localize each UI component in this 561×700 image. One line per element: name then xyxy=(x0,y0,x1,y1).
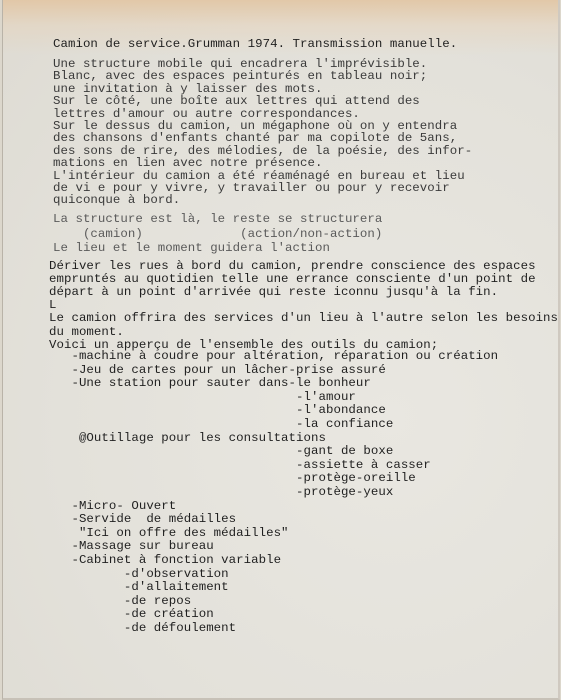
tool-item: -machine à coudre pour altération, répar… xyxy=(49,350,498,363)
document-title: Camion de service.Grumman 1974. Transmis… xyxy=(53,38,457,51)
tool-item: -de défoulement xyxy=(49,622,236,635)
text-line: Dériver les rues à bord du camion, prend… xyxy=(49,260,536,273)
tool-item: -assiette à casser xyxy=(49,459,431,472)
tool-item: -protège-oreille xyxy=(49,472,416,485)
text-line: du moment. xyxy=(49,326,124,339)
tool-item: -gant de boxe xyxy=(49,445,393,458)
text-line: L xyxy=(49,299,57,312)
text-line: La structure est là, le reste se structu… xyxy=(53,213,382,226)
text-line: quiconque à bord. xyxy=(53,194,180,207)
text-line: Le camion offrira des services d'un lieu… xyxy=(49,312,558,325)
tool-item: -l'abondance xyxy=(49,404,386,417)
tool-item: "Ici on offre des médailles" xyxy=(49,527,289,540)
tool-item: -l'amour xyxy=(49,391,356,404)
tool-item: -Jeu de cartes pour un lâcher-prise assu… xyxy=(49,364,386,377)
tool-item: -la confiance xyxy=(49,418,393,431)
tool-item: -Massage sur bureau xyxy=(49,540,214,553)
tool-item: -Micro- Ouvert xyxy=(49,500,176,513)
tool-item: -protège-yeux xyxy=(49,486,393,499)
text-line: (camion) (action/non-action) xyxy=(53,228,382,241)
text-line: départ à un point d'arrivée qui reste ic… xyxy=(49,286,498,299)
text-line: Le lieu et le moment guidera l'action xyxy=(53,242,330,255)
tool-item: -de création xyxy=(49,608,214,621)
tool-item: -Cabinet à fonction variable xyxy=(49,554,281,567)
tool-item: -d'observation xyxy=(49,568,229,581)
text-line: empruntés au quotidien telle une errance… xyxy=(49,273,536,286)
tool-item: @Outillage pour les consultations xyxy=(49,432,326,445)
typewritten-page: Camion de service.Grumman 1974. Transmis… xyxy=(2,0,560,700)
tool-item: -d'allaitement xyxy=(49,581,229,594)
tool-item: -Servide de médailles xyxy=(49,513,236,526)
tool-item: -de repos xyxy=(49,595,191,608)
tool-item: -Une station pour sauter dans-le bonheur xyxy=(49,377,371,390)
